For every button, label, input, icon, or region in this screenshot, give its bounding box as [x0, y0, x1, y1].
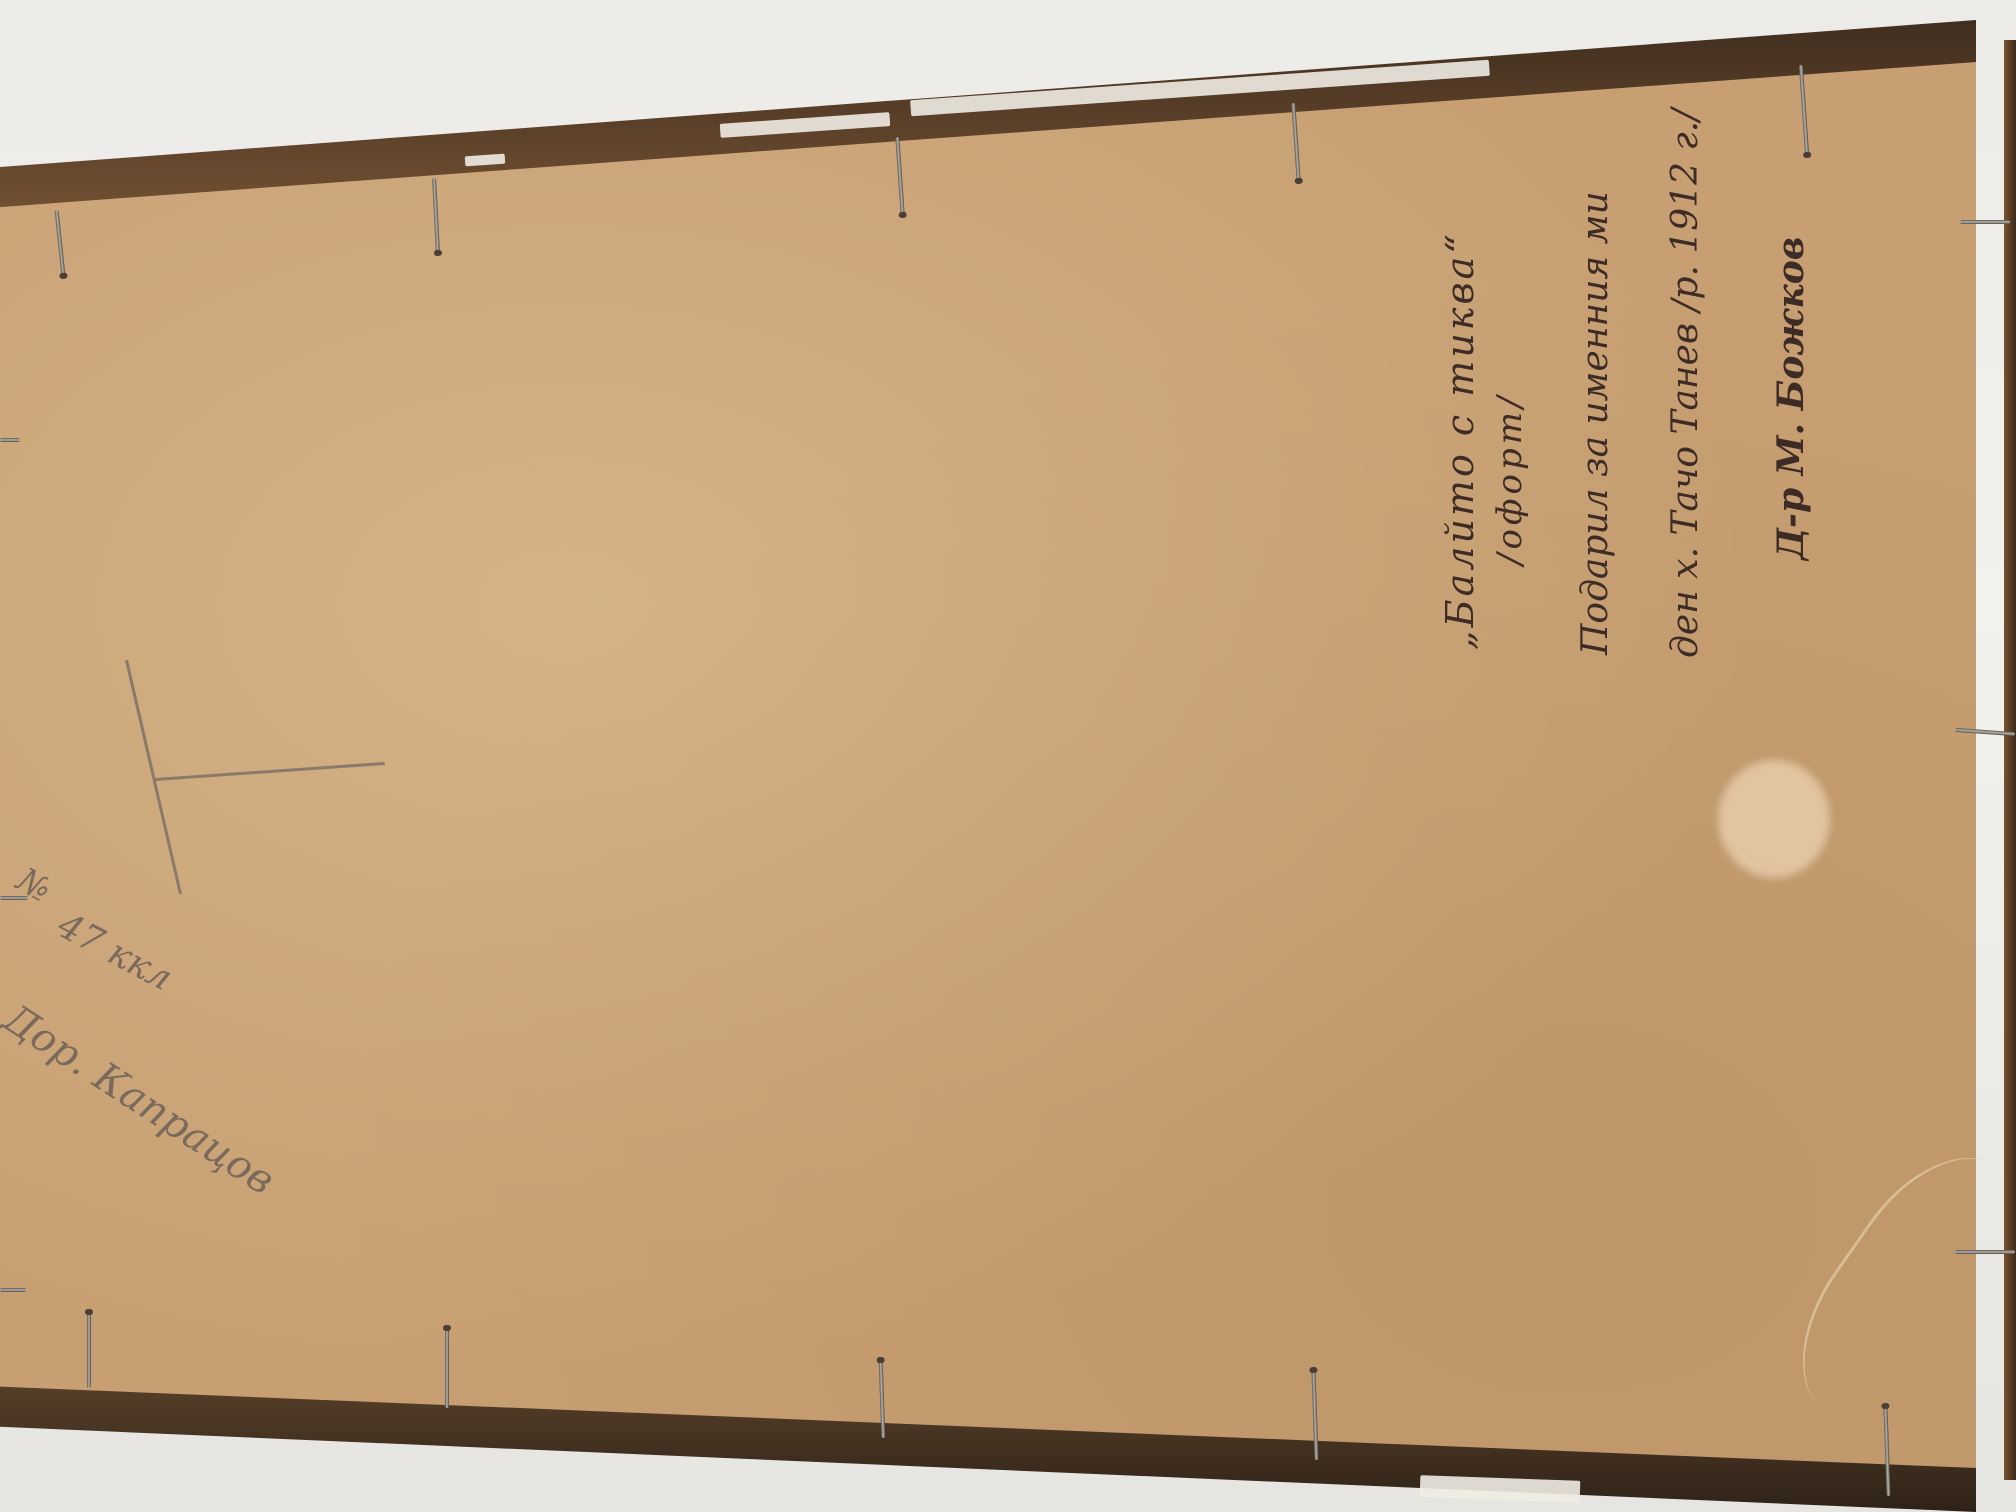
picture-frame-back — [0, 0, 2016, 1512]
nail — [445, 1328, 449, 1408]
artwork-technique: /офорт/ — [1490, 393, 1530, 565]
gift-note-line-2: ден х. Тачо Танев /р. 1912 г./ — [1665, 109, 1706, 658]
light-stain — [1718, 760, 1830, 878]
nail — [87, 1312, 91, 1388]
signature: Д-р М. Божков — [1770, 237, 1812, 560]
nail — [0, 438, 20, 442]
gift-note-line-1: Подарил за именния ми — [1575, 191, 1616, 655]
nail — [1960, 220, 2010, 224]
photo-scene: „Балйто с тиква“ /офорт/ Подарил за имен… — [0, 0, 2016, 1512]
artwork-title: „Балйто с тиква“ — [1438, 231, 1482, 650]
nail — [0, 1288, 26, 1292]
